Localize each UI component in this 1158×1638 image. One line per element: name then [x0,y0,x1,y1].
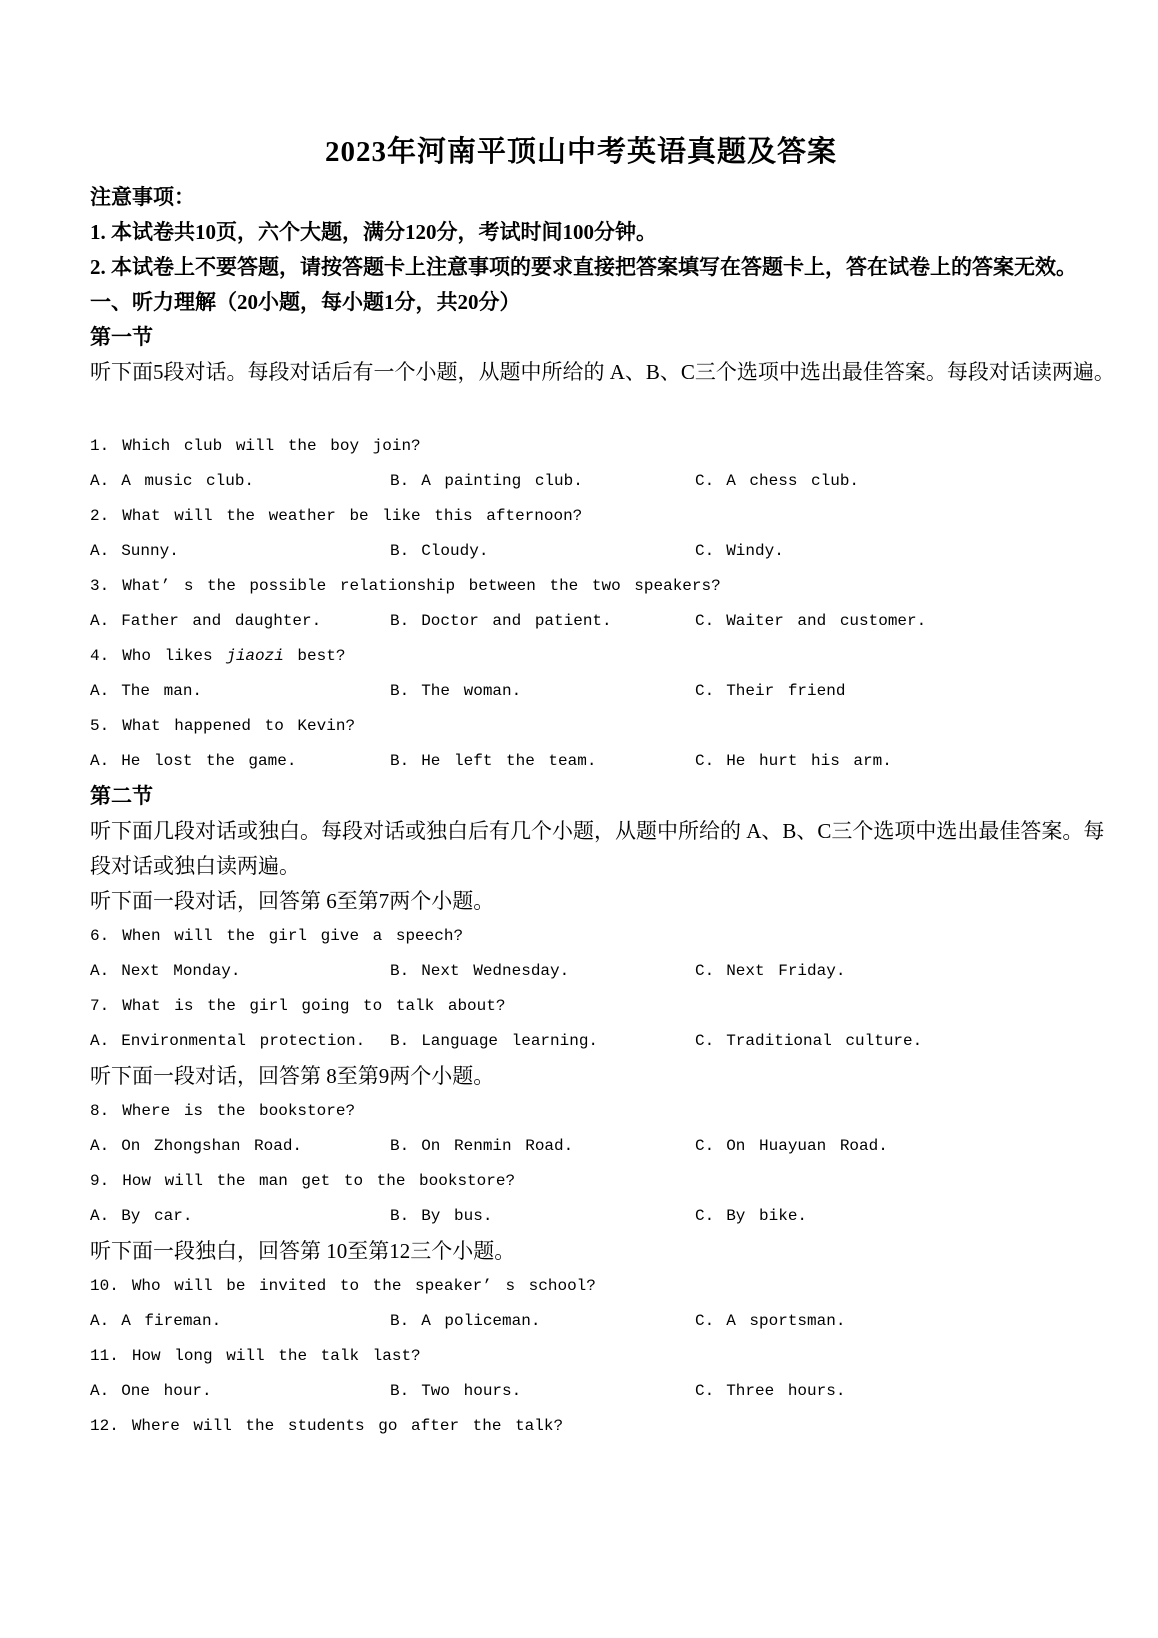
option-a: A.A music club. [90,464,390,499]
passage-q10-12: 听下面一段独白，回答第 10至第12三个小题。 [90,1234,1072,1269]
option-text: The man. [121,682,202,700]
question-7: 7.What is the girl going to talk about? [90,989,1072,1024]
option-label: B. [390,1382,409,1400]
question-text: How will the man get to the bookstore? [122,1172,515,1190]
option-b: B.The woman. [390,674,695,709]
option-label: C. [695,1137,714,1155]
option-text: A painting club. [421,472,583,490]
option-label: A. [90,682,109,700]
question-1-options: A.A music club. B.A painting club. C.A c… [90,464,1072,499]
option-text: Windy. [726,542,784,560]
question-3: 3.What’ s the possible relationship betw… [90,569,1072,604]
option-a: A.He lost the game. [90,744,390,779]
option-label: C. [695,1032,714,1050]
option-label: C. [695,1207,714,1225]
question-6: 6.When will the girl give a speech? [90,919,1072,954]
option-label: C. [695,612,714,630]
option-c: C.A sportsman. [695,1304,1072,1339]
option-a: A.Environmental protection. [90,1024,390,1059]
option-label: B. [390,752,409,770]
question-10: 10.Who will be invited to the speaker’ s… [90,1269,1072,1304]
option-text: Three hours. [726,1382,845,1400]
question-text-post: best? [284,647,346,665]
question-text: Which club will the boy join? [122,437,420,455]
option-b: B.A painting club. [390,464,695,499]
option-label: A. [90,612,109,630]
part2-instructions-line1: 听下面几段对话或独白。每段对话或独白后有几个小题，从题中所给的 A、B、C三个选… [90,814,1072,849]
question-11: 11.How long will the talk last? [90,1339,1072,1374]
question-text: What is the girl going to talk about? [122,997,505,1015]
question-7-options: A.Environmental protection. B.Language l… [90,1024,1072,1059]
option-a: A.One hour. [90,1374,390,1409]
option-text: He lost the game. [121,752,296,770]
option-c: C.Next Friday. [695,954,1072,989]
option-text: Waiter and customer. [726,612,926,630]
question-number: 4. [90,647,109,665]
option-text: He left the team. [421,752,596,770]
option-c: C.Waiter and customer. [695,604,1072,639]
part2-instructions-line2: 段对话或独白读两遍。 [90,849,1072,884]
option-b: B.Two hours. [390,1374,695,1409]
option-c: C.Windy. [695,534,1072,569]
question-number: 3. [90,577,109,595]
question-3-options: A.Father and daughter. B.Doctor and pati… [90,604,1072,639]
question-6-options: A.Next Monday. B.Next Wednesday. C.Next … [90,954,1072,989]
option-label: B. [390,1312,409,1330]
passage-q8-9: 听下面一段对话，回答第 8至第9两个小题。 [90,1059,1072,1094]
question-5: 5.What happened to Kevin? [90,709,1072,744]
option-a: A.The man. [90,674,390,709]
question-text: Where is the bookstore? [122,1102,355,1120]
option-label: B. [390,1207,409,1225]
question-4-options: A.The man. B.The woman. C.Their friend [90,674,1072,709]
option-text: A music club. [121,472,254,490]
option-text: By bike. [726,1207,807,1225]
question-8: 8.Where is the bookstore? [90,1094,1072,1129]
option-text: Cloudy. [421,542,488,560]
option-label: A. [90,962,109,980]
option-label: A. [90,1312,109,1330]
passage-q6-7: 听下面一段对话，回答第 6至第7两个小题。 [90,884,1072,919]
option-c: C.On Huayuan Road. [695,1129,1072,1164]
option-b: B.Next Wednesday. [390,954,695,989]
option-label: C. [695,682,714,700]
part1-heading: 第一节 [90,320,1072,355]
option-c: C.A chess club. [695,464,1072,499]
question-9: 9.How will the man get to the bookstore? [90,1164,1072,1199]
option-text: On Renmin Road. [421,1137,573,1155]
option-label: A. [90,752,109,770]
question-text-italic: jiaozi [226,647,284,665]
section-listening-heading: 一、听力理解（20小题，每小题1分，共20分） [90,285,1072,320]
option-text: On Zhongshan Road. [121,1137,302,1155]
question-number: 7. [90,997,109,1015]
option-text: Environmental protection. [121,1032,365,1050]
option-a: A.Father and daughter. [90,604,390,639]
question-text: Who will be invited to the speaker’ s sc… [132,1277,596,1295]
question-number: 2. [90,507,109,525]
question-12: 12.Where will the students go after the … [90,1409,1072,1444]
question-number: 5. [90,717,109,735]
option-c: C.Traditional culture. [695,1024,1072,1059]
notice-heading: 注意事项： [90,180,1072,215]
option-text: A fireman. [121,1312,221,1330]
option-a: A.On Zhongshan Road. [90,1129,390,1164]
question-9-options: A.By car. B.By bus. C.By bike. [90,1199,1072,1234]
question-2: 2.What will the weather be like this aft… [90,499,1072,534]
option-text: By car. [121,1207,192,1225]
question-text: When will the girl give a speech? [122,927,463,945]
option-text: A policeman. [421,1312,540,1330]
question-1: 1.Which club will the boy join? [90,429,1072,464]
option-label: B. [390,962,409,980]
option-a: A.By car. [90,1199,390,1234]
option-text: Their friend [726,682,845,700]
option-text: Two hours. [421,1382,521,1400]
question-10-options: A.A fireman. B.A policeman. C.A sportsma… [90,1304,1072,1339]
option-label: B. [390,1032,409,1050]
question-5-options: A.He lost the game. B.He left the team. … [90,744,1072,779]
option-text: The woman. [421,682,521,700]
option-label: B. [390,1137,409,1155]
option-label: A. [90,542,109,560]
question-4: 4.Who likes jiaozi best? [90,639,1072,674]
document-title: 2023年河南平顶山中考英语真题及答案 [90,129,1072,175]
question-text: Where will the students go after the tal… [132,1417,563,1435]
option-text: Sunny. [121,542,179,560]
notice-item-2: 2. 本试卷上不要答题，请按答题卡上注意事项的要求直接把答案填写在答题卡上，答在… [90,250,1072,285]
option-text: Doctor and patient. [421,612,611,630]
option-label: B. [390,612,409,630]
option-text: Next Monday. [121,962,240,980]
option-text: By bus. [421,1207,492,1225]
option-text: A sportsman. [726,1312,845,1330]
question-number: 9. [90,1172,109,1190]
question-number: 12. [90,1417,119,1435]
option-b: B.Language learning. [390,1024,695,1059]
option-label: A. [90,1137,109,1155]
option-label: C. [695,1312,714,1330]
spacer [90,390,1072,429]
option-text: One hour. [121,1382,211,1400]
question-number: 1. [90,437,109,455]
option-text: A chess club. [726,472,859,490]
option-label: A. [90,1032,109,1050]
option-a: A.Sunny. [90,534,390,569]
option-label: A. [90,1207,109,1225]
option-b: B.On Renmin Road. [390,1129,695,1164]
option-label: B. [390,542,409,560]
question-text: What’ s the possible relationship betwee… [122,577,721,595]
notice-item-1: 1. 本试卷共10页，六个大题，满分120分，考试时间100分钟。 [90,215,1072,250]
question-number: 8. [90,1102,109,1120]
option-c: C.By bike. [695,1199,1072,1234]
option-label: C. [695,962,714,980]
question-11-options: A.One hour. B.Two hours. C.Three hours. [90,1374,1072,1409]
question-2-options: A.Sunny. B.Cloudy. C.Windy. [90,534,1072,569]
option-label: C. [695,542,714,560]
option-label: C. [695,1382,714,1400]
option-b: B.Doctor and patient. [390,604,695,639]
option-label: B. [390,682,409,700]
option-b: B.He left the team. [390,744,695,779]
exam-document-page: 2023年河南平顶山中考英语真题及答案 注意事项： 1. 本试卷共10页，六个大… [0,0,1158,1638]
question-text: What will the weather be like this after… [122,507,582,525]
option-text: Next Friday. [726,962,845,980]
option-text: On Huayuan Road. [726,1137,888,1155]
document-content: 2023年河南平顶山中考英语真题及答案 注意事项： 1. 本试卷共10页，六个大… [90,129,1072,1444]
option-b: B.Cloudy. [390,534,695,569]
option-text: Language learning. [421,1032,598,1050]
option-label: C. [695,472,714,490]
option-a: A.A fireman. [90,1304,390,1339]
option-c: C.Their friend [695,674,1072,709]
option-text: Father and daughter. [121,612,321,630]
question-number: 11. [90,1347,119,1365]
option-label: A. [90,472,109,490]
question-number: 6. [90,927,109,945]
option-b: B.By bus. [390,1199,695,1234]
option-label: A. [90,1382,109,1400]
option-text: Next Wednesday. [421,962,569,980]
option-c: C.Three hours. [695,1374,1072,1409]
option-b: B.A policeman. [390,1304,695,1339]
part2-heading: 第二节 [90,779,1072,814]
question-text-pre: Who likes [122,647,226,665]
option-text: He hurt his arm. [726,752,892,770]
option-a: A.Next Monday. [90,954,390,989]
option-c: C.He hurt his arm. [695,744,1072,779]
part1-instructions: 听下面5段对话。每段对话后有一个小题，从题中所给的 A、B、C三个选项中选出最佳… [90,355,1072,390]
question-number: 10. [90,1277,119,1295]
question-text: What happened to Kevin? [122,717,355,735]
option-text: Traditional culture. [726,1032,922,1050]
option-label: C. [695,752,714,770]
option-label: B. [390,472,409,490]
question-8-options: A.On Zhongshan Road. B.On Renmin Road. C… [90,1129,1072,1164]
question-text: How long will the talk last? [132,1347,421,1365]
